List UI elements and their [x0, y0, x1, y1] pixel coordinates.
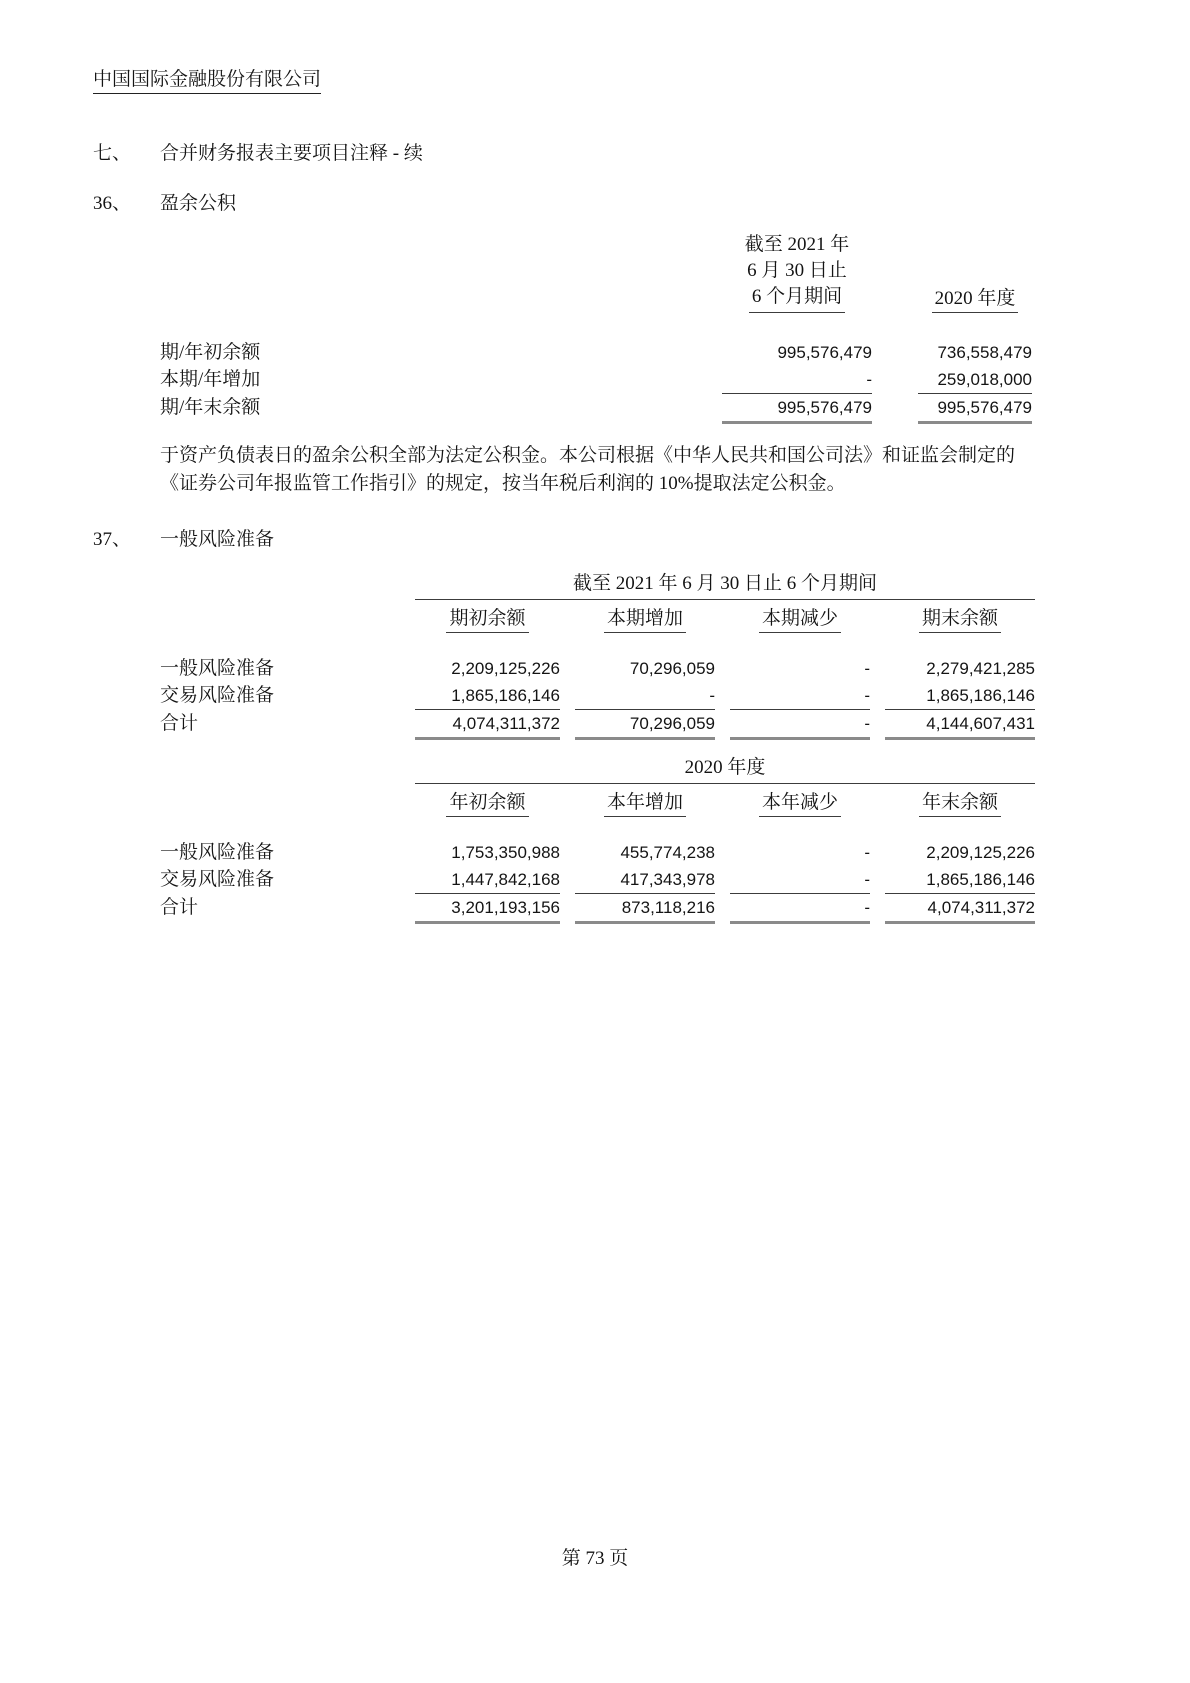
table-row: 一般风险准备 2,209,125,226 70,296,059 - 2,279,…: [160, 655, 1035, 682]
table-total-row: 合计 4,074,311,372 70,296,059 - 4,144,607,…: [160, 710, 1035, 740]
page-number: 第 73 页: [0, 1543, 1190, 1570]
cell-value: 455,774,238: [575, 839, 715, 866]
company-name: 中国国际金融股份有限公司: [93, 64, 321, 94]
table-title: 截至 2021 年 6 月 30 日止 6 个月期间: [415, 568, 1035, 600]
note36-number: 36、: [93, 188, 160, 215]
table-header-row: 年初余额 本年增加 本年减少 年末余额: [160, 787, 1035, 817]
table-row: 交易风险准备 1,865,186,146 - - 1,865,186,146: [160, 682, 1035, 710]
cell-value: 1,447,842,168: [415, 866, 560, 894]
header-underlined: 本年减少: [759, 787, 841, 817]
section-heading: 七、 合并财务报表主要项目注释 - 续: [93, 138, 423, 165]
note36-heading: 36、 盈余公积: [93, 188, 236, 215]
section-title: 合并财务报表主要项目注释 - 续: [160, 138, 423, 165]
table-title-row: 2020 年度: [160, 752, 1035, 784]
row-label: 交易风险准备: [160, 682, 400, 710]
empty-header-cell: [160, 787, 400, 817]
header-underlined: 期末余额: [919, 603, 1001, 633]
table-header-row: 期初余额 本期增加 本期减少 期末余额: [160, 603, 1035, 633]
column-header: 本期增加: [575, 603, 715, 633]
note37-number: 37、: [93, 524, 160, 551]
row-label: 一般风险准备: [160, 839, 400, 866]
column-header: 本年增加: [575, 787, 715, 817]
cell-value: 2,209,125,226: [415, 655, 560, 682]
cell-value: 1,753,350,988: [415, 839, 560, 866]
table-title-row: 截至 2021 年 6 月 30 日止 6 个月期间: [160, 568, 1035, 600]
column-header: 年初余额: [415, 787, 560, 817]
row-label: 期/年初余额: [160, 339, 676, 366]
general-risk-reserve-table-2020: 2020 年度 年初余额 本年增加 本年减少 年末余额 一般风险准备 1,753…: [160, 752, 1035, 924]
empty-header-cell: [160, 603, 400, 633]
table-title: 2020 年度: [415, 752, 1035, 784]
header-line: 6 个月期间: [722, 284, 872, 313]
header-underlined: 年末余额: [919, 787, 1001, 817]
value-2020: 736,558,479: [918, 339, 1032, 366]
table-total-row: 合计 3,201,193,156 873,118,216 - 4,074,311…: [160, 894, 1035, 924]
cell-value: 3,201,193,156: [415, 894, 560, 924]
header-line: 6 月 30 日止: [722, 258, 872, 284]
row-label: 一般风险准备: [160, 655, 400, 682]
value-2020: 995,576,479: [918, 394, 1032, 424]
document-page: 中国国际金融股份有限公司 七、 合并财务报表主要项目注释 - 续 36、 盈余公…: [0, 0, 1190, 1683]
table-row: 一般风险准备 1,753,350,988 455,774,238 - 2,209…: [160, 839, 1035, 866]
empty-header-cell: [160, 294, 676, 313]
cell-value: 70,296,059: [575, 710, 715, 740]
cell-value: 417,343,978: [575, 866, 715, 894]
header-line-underlined: 6 个月期间: [749, 284, 845, 313]
column-header: 期末余额: [885, 603, 1035, 633]
note36-title: 盈余公积: [160, 188, 236, 215]
cell-value: 873,118,216: [575, 894, 715, 924]
cell-value: -: [730, 894, 870, 924]
cell-value: -: [575, 682, 715, 710]
header-underlined: 本年增加: [604, 787, 686, 817]
general-risk-reserve-table-2021: 截至 2021 年 6 月 30 日止 6 个月期间 期初余额 本期增加 本期减…: [160, 568, 1035, 740]
row-label: 合计: [160, 894, 400, 924]
spacer-cell: [160, 568, 400, 600]
cell-value: -: [730, 866, 870, 894]
note37-title: 一般风险准备: [160, 524, 274, 551]
cell-value: -: [730, 682, 870, 710]
column-header: 期初余额: [415, 603, 560, 633]
cell-value: 2,209,125,226: [885, 839, 1035, 866]
column-header: 本期减少: [730, 603, 870, 633]
cell-value: 4,074,311,372: [885, 894, 1035, 924]
cell-value: 1,865,186,146: [885, 866, 1035, 894]
cell-value: 2,279,421,285: [885, 655, 1035, 682]
table-row: 期/年初余额 995,576,479 736,558,479: [160, 339, 1032, 366]
cell-value: 1,865,186,146: [415, 682, 560, 710]
header-underlined: 2020 年度: [932, 283, 1019, 313]
table-row: 交易风险准备 1,447,842,168 417,343,978 - 1,865…: [160, 866, 1035, 894]
header-underlined: 年初余额: [446, 787, 528, 817]
row-label: 合计: [160, 710, 400, 740]
header-underlined: 本期减少: [759, 603, 841, 633]
cell-value: -: [730, 655, 870, 682]
value-2021: 995,576,479: [722, 339, 872, 366]
cell-value: 4,144,607,431: [885, 710, 1035, 740]
column-header: 年末余额: [885, 787, 1035, 817]
column-header-2020-year: 2020 年度: [918, 283, 1032, 313]
header-underlined: 期初余额: [446, 603, 528, 633]
spacer-cell: [160, 752, 400, 784]
cell-value: -: [730, 710, 870, 740]
table-total-row: 期/年末余额 995,576,479 995,576,479: [160, 394, 1032, 424]
note36-paragraph: 于资产负债表日的盈余公积全部为法定公积金。本公司根据《中华人民共和国公司法》和证…: [160, 442, 1042, 498]
value-2021: -: [722, 366, 872, 394]
row-label: 本期/年增加: [160, 366, 676, 394]
note37-heading: 37、 一般风险准备: [93, 524, 274, 551]
cell-value: 1,865,186,146: [885, 682, 1035, 710]
column-header: 本年减少: [730, 787, 870, 817]
table-row: 本期/年增加 - 259,018,000: [160, 366, 1032, 394]
header-underlined: 本期增加: [604, 603, 686, 633]
value-2021: 995,576,479: [722, 394, 872, 424]
row-label: 期/年末余额: [160, 394, 676, 424]
column-header-2021-period: 截至 2021 年 6 月 30 日止 6 个月期间: [722, 232, 872, 313]
surplus-reserve-table: 截至 2021 年 6 月 30 日止 6 个月期间 2020 年度 期/年初余…: [160, 232, 1032, 424]
section-number: 七、: [93, 138, 160, 165]
cell-value: -: [730, 839, 870, 866]
header-line: 截至 2021 年: [722, 232, 872, 258]
cell-value: 4,074,311,372: [415, 710, 560, 740]
cell-value: 70,296,059: [575, 655, 715, 682]
table-header-row: 截至 2021 年 6 月 30 日止 6 个月期间 2020 年度: [160, 232, 1032, 313]
value-2020: 259,018,000: [918, 366, 1032, 394]
row-label: 交易风险准备: [160, 866, 400, 894]
